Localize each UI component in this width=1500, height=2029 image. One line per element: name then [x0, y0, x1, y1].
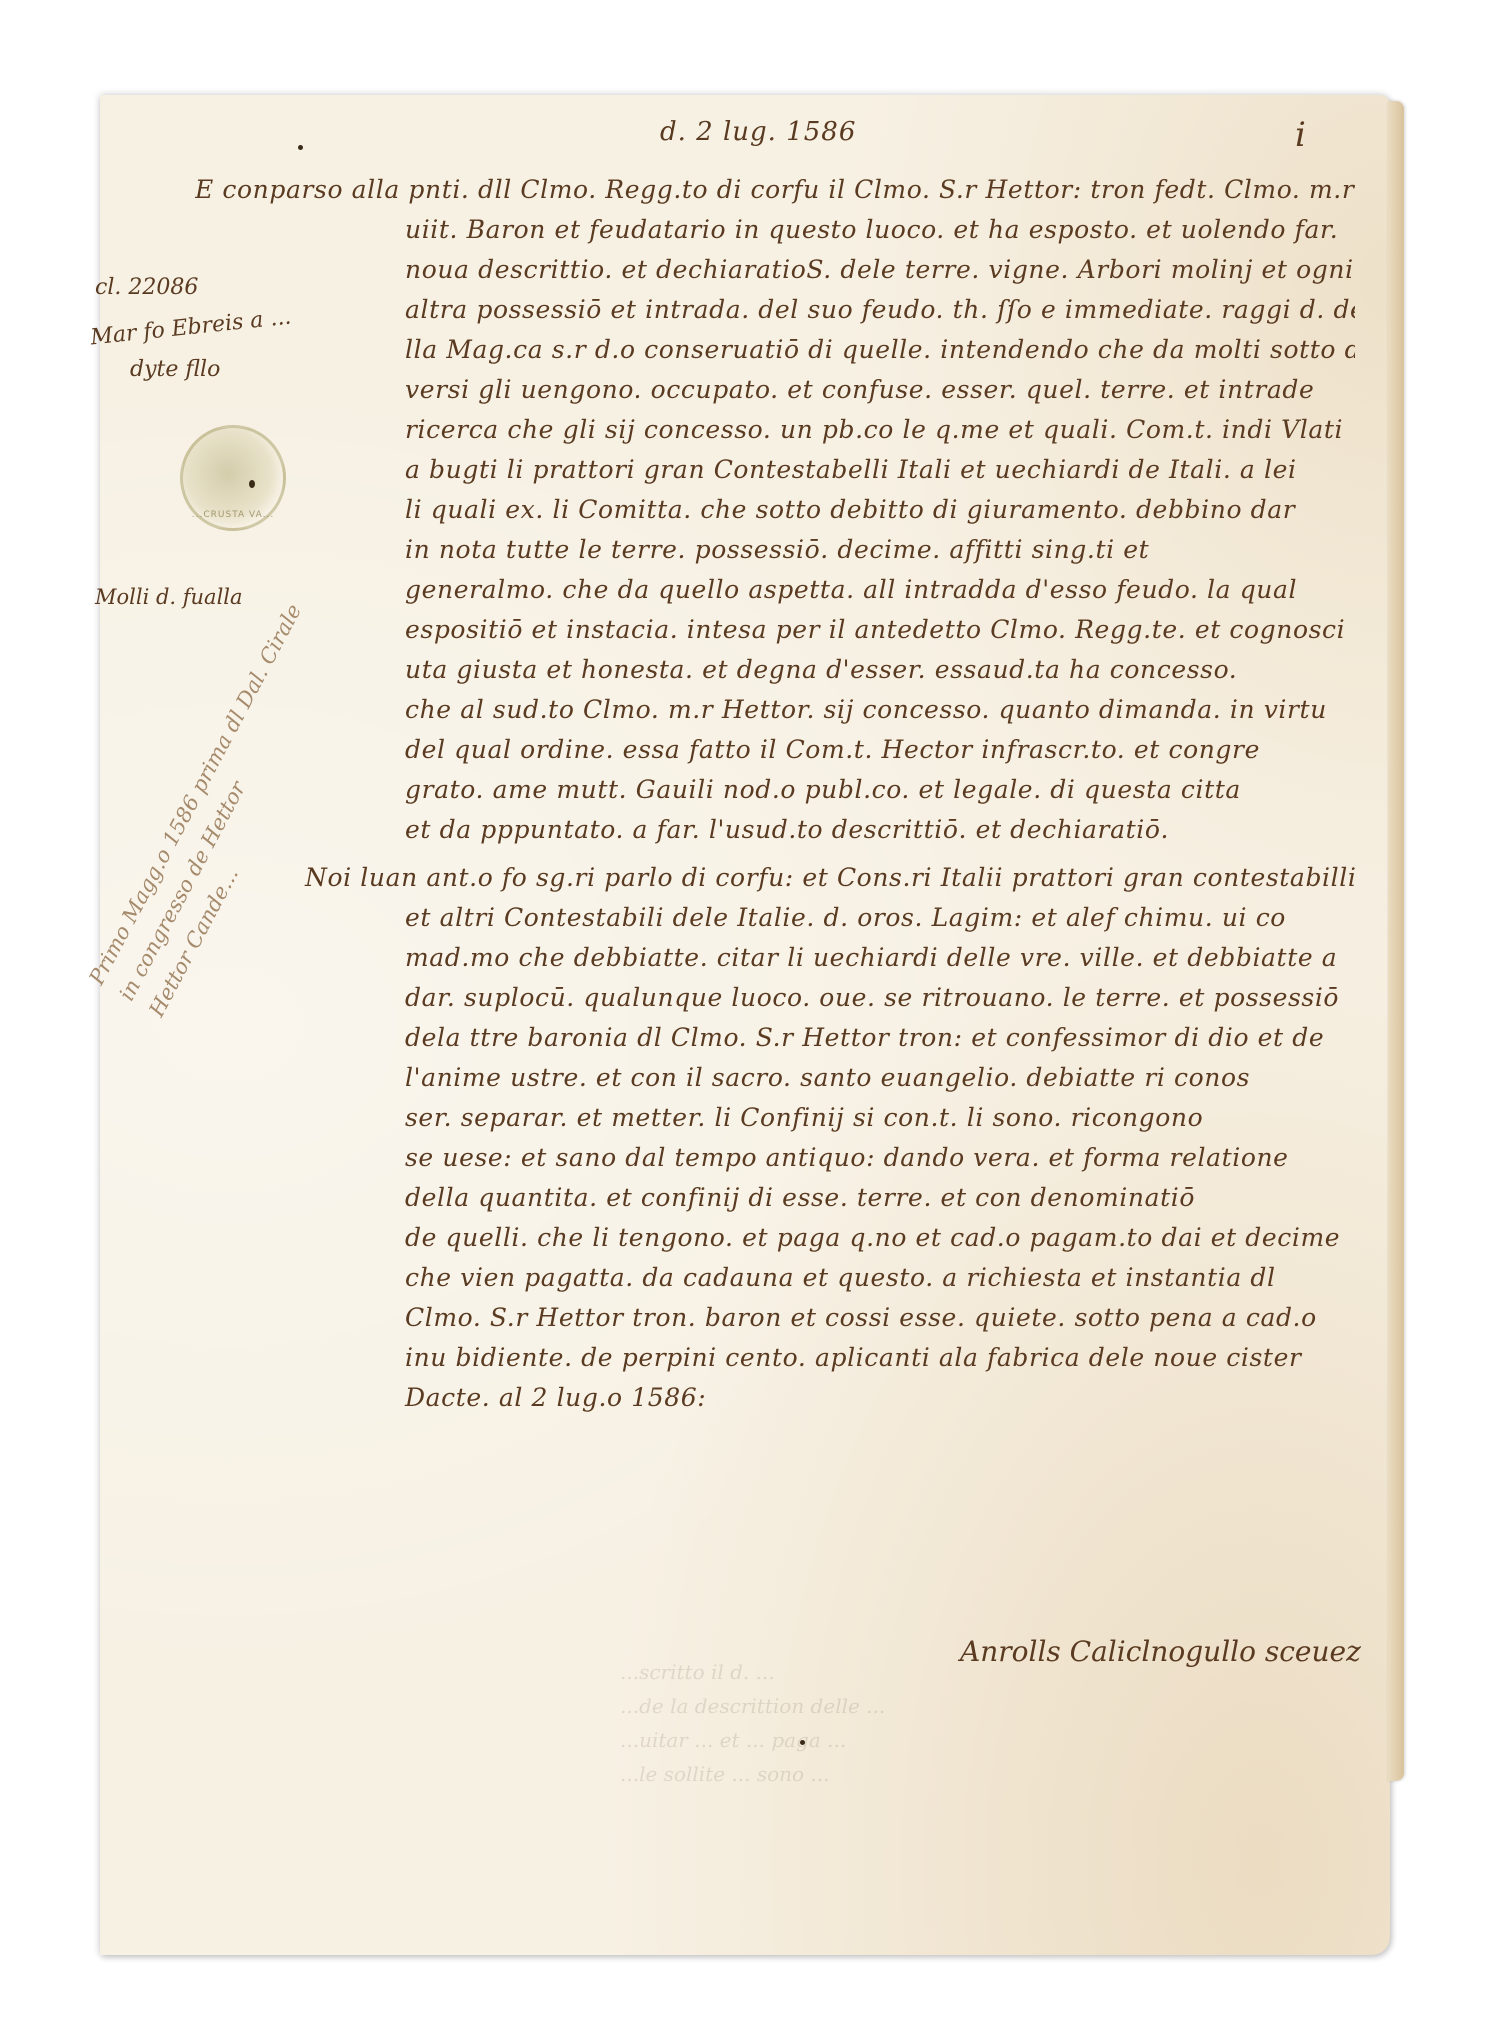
dateline: d. 2 lug. 1586 — [660, 117, 856, 147]
text-line: li quali ex. li Comitta. che sotto debit… — [195, 490, 1355, 530]
text-line: et da pppuntato. a far. l'usud.to descri… — [195, 810, 1355, 850]
text-line: della quantita. et confinij di esse. ter… — [195, 1178, 1355, 1218]
paragraph-1: E conparso alla pnti. dll Clmo. Regg.to … — [195, 170, 1355, 850]
text-line: a bugti li prattori gran Contestabelli I… — [195, 450, 1355, 490]
text-line: uta giusta et honesta. et degna d'esser.… — [195, 650, 1355, 690]
show-through-line: ...uitar ... et ... paga ... — [620, 1723, 1300, 1757]
paragraph-2: Noi luan ant.o fo sg.ri parlo di corfu: … — [195, 858, 1355, 1418]
main-text: E conparso alla pnti. dll Clmo. Regg.to … — [195, 170, 1355, 1418]
ink-dot — [800, 1740, 805, 1745]
deckled-page-edge — [1388, 101, 1404, 1781]
text-line: versi gli uengono. occupato. et confuse.… — [195, 370, 1355, 410]
signature: Anrolls Caliclnogullo sceuez — [960, 1635, 1361, 1668]
text-line: Clmo. S.r Hettor tron. baron et cossi es… — [195, 1298, 1355, 1338]
text-line: altra possessiō et intrada. del suo feud… — [195, 290, 1355, 330]
text-line: de quelli. che li tengono. et paga q.no … — [195, 1218, 1355, 1258]
text-line: ser. separar. et metter. li Confinij si … — [195, 1098, 1355, 1138]
text-line: lla Mag.ca s.r d.o conseruatiō di quelle… — [195, 330, 1355, 370]
text-line: et altri Contestabili dele Italie. d. or… — [195, 898, 1355, 938]
text-line: se uese: et sano dal tempo antiquo: dand… — [195, 1138, 1355, 1178]
folio-number: i — [1295, 115, 1306, 155]
text-line: espositiō et instacia. intesa per il ant… — [195, 610, 1355, 650]
text-line: E conparso alla pnti. dll Clmo. Regg.to … — [195, 170, 1355, 210]
text-line: Noi luan ant.o fo sg.ri parlo di corfu: … — [195, 858, 1355, 898]
text-line: inu bidiente. de perpini cento. aplicant… — [195, 1338, 1355, 1378]
show-through-line: ...le sollite ... sono ... — [620, 1757, 1300, 1791]
show-through-line: ...de la descrittion delle ... — [620, 1689, 1300, 1723]
margin-note: cl. 22086 — [95, 275, 198, 300]
text-line: in nota tutte le terre. possessiō. decim… — [195, 530, 1355, 570]
ink-dot — [298, 145, 303, 150]
text-line: noua descrittio. et dechiaratioS. dele t… — [195, 250, 1355, 290]
show-through-text: ...scritto il d. ... ...de la descrittio… — [620, 1655, 1300, 1915]
text-line: mad.mo che debbiatte. citar li uechiardi… — [195, 938, 1355, 978]
text-line: che vien pagatta. da cadauna et questo. … — [195, 1258, 1355, 1298]
text-line: ricerca che gli sij concesso. un pb.co l… — [195, 410, 1355, 450]
manuscript-leaf: d. 2 lug. 1586 i cl. 22086 Mar fo Ebreis… — [100, 95, 1390, 1955]
text-line: generalmo. che da quello aspetta. all in… — [195, 570, 1355, 610]
text-line: l'anime ustre. et con il sacro. santo eu… — [195, 1058, 1355, 1098]
text-line: dar. suplocū. qualunque luoco. oue. se r… — [195, 978, 1355, 1018]
text-line: Dacte. al 2 lug.o 1586: — [195, 1378, 1355, 1418]
text-line: del qual ordine. essa fatto il Com.t. He… — [195, 730, 1355, 770]
text-line: grato. ame mutt. Gauili nod.o publ.co. e… — [195, 770, 1355, 810]
text-line: dela ttre baronia dl Clmo. S.r Hettor tr… — [195, 1018, 1355, 1058]
text-line: uiit. Baron et feudatario in questo luoc… — [195, 210, 1355, 250]
text-line: che al sud.to Clmo. m.r Hettor. sij conc… — [195, 690, 1355, 730]
